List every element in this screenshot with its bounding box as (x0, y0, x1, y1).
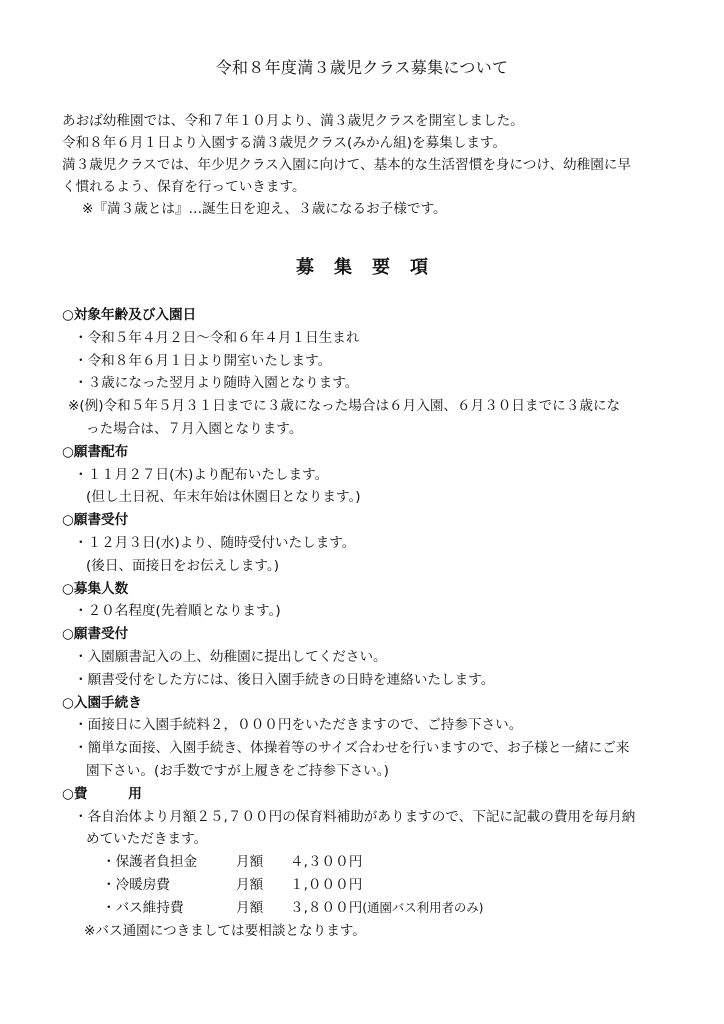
bullet-line: ・簡単な面接、入園手続き、体操着等のサイズ合わせを行いますので、お子様と一緒にご… (62, 737, 702, 760)
fee-name: ・保護者負担金 (102, 851, 236, 874)
document-title: 令和８年度満３歳児クラス募集について (0, 58, 724, 78)
document-page: 令和８年度満３歳児クラス募集について あおば幼稚園では、令和７年１０月より、満３… (0, 0, 724, 1024)
bullet-line: ・１２月３日(水)より、随時受付いたします。 (62, 532, 702, 555)
bullet-line: ・各自治体より月額２５,７００円の保育料補助がありますので、下記に記載の費用を毎… (62, 806, 702, 829)
fee-amount: ３,８００円 (290, 897, 362, 920)
section-title: ○募集人数 (62, 578, 702, 601)
section-title: ○願書受付 (62, 509, 702, 532)
section-title: ○対象年齢及び入園日 (62, 304, 702, 327)
fee-row: ・バス維持費 月額 ３,８００円 (通園バス利用者のみ) (62, 897, 702, 920)
fee-row: ・保護者負担金 月額 ４,３００円 (62, 851, 702, 874)
intro-line: 満３歳児クラスでは、年少児クラス入園に向けて、基本的な生活習慣を身につけ、幼稚園… (62, 154, 702, 176)
fee-amount: １,０００円 (290, 874, 362, 897)
note-line: った場合は、７月入園となります。 (62, 418, 702, 441)
section-capacity: ○募集人数 ・２０名程度(先着順となります。) (62, 578, 702, 624)
intro-paragraph: あおば幼稚園では、令和７年１０月より、満３歳児クラスを開室しました。 令和８年６… (62, 110, 702, 220)
bullet-line: ・３歳になった翌月より随時入園となります。 (62, 372, 702, 395)
fee-label: 月額 (236, 874, 290, 897)
footnote: ※バス通園につきましては要相談となります。 (62, 920, 702, 943)
section-target-age: ○対象年齢及び入園日 ・令和５年４月２日～令和６年４月１日生まれ ・令和８年６月… (62, 304, 702, 441)
requirements-list: ○対象年齢及び入園日 ・令和５年４月２日～令和６年４月１日生まれ ・令和８年６月… (62, 304, 702, 942)
fee-label: 月額 (236, 851, 290, 874)
fee-label: 月額 (236, 897, 290, 920)
bullet-line: ・２０名程度(先着順となります。) (62, 600, 702, 623)
bullet-line: ・１１月２７日(木)より配布いたします。 (62, 464, 702, 487)
section-title: ○入園手続き (62, 692, 702, 715)
fee-name: ・バス維持費 (102, 897, 236, 920)
section-title: ○願書配布 (62, 441, 702, 464)
bullet-line: ・入園願書記入の上、幼稚園に提出してください。 (62, 646, 702, 669)
bullet-line: ・令和８年６月１日より開室いたします。 (62, 350, 702, 373)
bullet-line: 園下さい。(お手数ですが上履きをご持参下さい。) (62, 760, 702, 783)
intro-line: あおば幼稚園では、令和７年１０月より、満３歳児クラスを開室しました。 (62, 110, 702, 132)
intro-line: 令和８年６月１日より入園する満３歳児クラス(みかん組)を募集します。 (62, 132, 702, 154)
fee-name: ・冷暖房費 (102, 874, 236, 897)
section-application-receipt: ○願書受付 ・１２月３日(水)より、随時受付いたします。 (後日、面接日をお伝え… (62, 509, 702, 577)
section-application-distribution: ○願書配布 ・１１月２７日(木)より配布いたします。 (但し土日祝、年末年始は休… (62, 441, 702, 509)
bullet-line: ・令和５年４月２日～令和６年４月１日生まれ (62, 327, 702, 350)
section-enrollment-procedures: ○入園手続き ・面接日に入園手続料２，０００円をいただきますので、ご持参下さい。… (62, 692, 702, 783)
bullet-line: ・願書受付をした方には、後日入園手続きの日時を連絡いたします。 (62, 669, 702, 692)
section-title: ○願書受付 (62, 623, 702, 646)
fee-amount: ４,３００円 (290, 851, 362, 874)
note-line: ※(例)令和５年５月３１日までに３歳になった場合は６月入園、６月３０日までに３歳… (62, 395, 702, 418)
bullet-line: (但し土日祝、年末年始は休園日となります。) (62, 486, 702, 509)
section-fees: ○費 用 ・各自治体より月額２５,７００円の保育料補助がありますので、下記に記載… (62, 783, 702, 943)
section-title: ○費 用 (62, 783, 702, 806)
fee-note: (通園バス利用者のみ) (362, 897, 483, 920)
fee-row: ・冷暖房費 月額 １,０００円 (62, 874, 702, 897)
bullet-line: ・面接日に入園手続料２，０００円をいただきますので、ご持参下さい。 (62, 714, 702, 737)
intro-note: ※『満３歳とは』…誕生日を迎え、３歳になるお子様です。 (62, 198, 702, 220)
section-heading: 募集要項 (0, 253, 724, 279)
bullet-line: (後日、面接日をお伝えします。) (62, 555, 702, 578)
section-application-submission: ○願書受付 ・入園願書記入の上、幼稚園に提出してください。 ・願書受付をした方に… (62, 623, 702, 691)
intro-line: く慣れるよう、保育を行っていきます。 (62, 176, 702, 198)
bullet-line: めていただきます。 (62, 828, 702, 851)
